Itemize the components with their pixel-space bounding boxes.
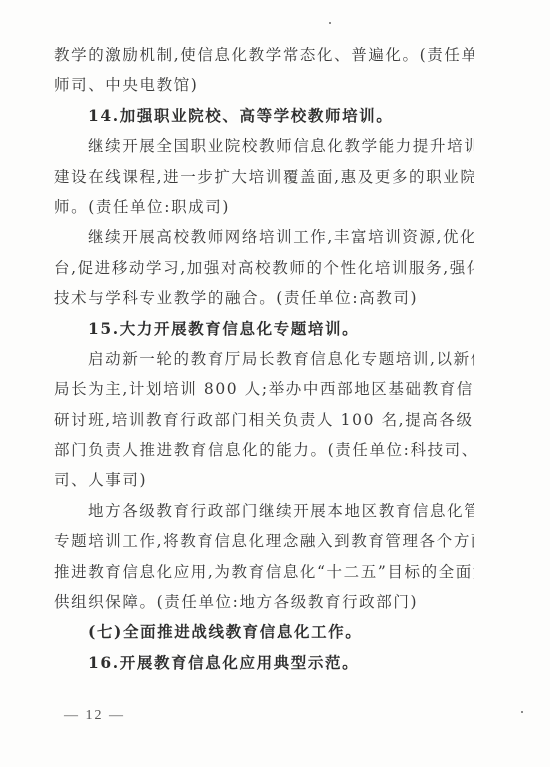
text-line: 建设在线课程,进一步扩大培训覆盖面,惠及更多的职业院校教 bbox=[54, 162, 474, 192]
paragraph-university-training: 继续开展高校教师网络培训工作,丰富培训资源,优化培训平 台,促进移动学习,加强对… bbox=[54, 222, 474, 313]
document-page: 教学的激励机制,使信息化教学常态化、普遍化。(责任单位:教 师司、中央电教馆) … bbox=[0, 0, 550, 767]
text-line: 司、人事司) bbox=[54, 465, 474, 495]
scan-speck bbox=[329, 22, 331, 24]
text-line: 师司、中央电教馆) bbox=[54, 70, 474, 100]
text-line: 专题培训工作,将教育信息化理念融入到教育管理各个方面,深入 bbox=[54, 526, 474, 556]
document-body: 教学的激励机制,使信息化教学常态化、普遍化。(责任单位:教 师司、中央电教馆) … bbox=[54, 40, 474, 678]
scan-speck bbox=[521, 711, 523, 713]
section-heading-7: (七)全面推进战线教育信息化工作。 bbox=[54, 617, 474, 647]
page-number: — 12 — bbox=[64, 708, 125, 724]
text-line: 局长为主,计划培训 800 人;举办中西部地区基础教育信息化专题 bbox=[54, 374, 474, 404]
text-line: 研讨班,培训教育行政部门相关负责人 100 名,提高各级教育行政 bbox=[54, 405, 474, 435]
paragraph-director-training: 启动新一轮的教育厅局长教育信息化专题培训,以新任教育 局长为主,计划培训 800… bbox=[54, 344, 474, 496]
paragraph-continuation: 教学的激励机制,使信息化教学常态化、普遍化。(责任单位:教 师司、中央电教馆) bbox=[54, 40, 474, 101]
heading-text: 15.大力开展教育信息化专题培训。 bbox=[54, 314, 474, 344]
text-line: 地方各级教育行政部门继续开展本地区教育信息化管理干部 bbox=[54, 496, 474, 526]
section-heading-16: 16.开展教育信息化应用典型示范。 bbox=[54, 648, 474, 678]
section-heading-14: 14.加强职业院校、高等学校教师培训。 bbox=[54, 101, 474, 131]
paragraph-local-training: 地方各级教育行政部门继续开展本地区教育信息化管理干部 专题培训工作,将教育信息化… bbox=[54, 496, 474, 618]
text-line: 师。(责任单位:职成司) bbox=[54, 192, 474, 222]
paragraph-vocational-training: 继续开展全国职业院校教师信息化教学能力提升培训,探索 建设在线课程,进一步扩大培… bbox=[54, 131, 474, 222]
text-line: 供组织保障。(责任单位:地方各级教育行政部门) bbox=[54, 587, 474, 617]
section-heading-15: 15.大力开展教育信息化专题培训。 bbox=[54, 314, 474, 344]
text-line: 继续开展全国职业院校教师信息化教学能力提升培训,探索 bbox=[54, 131, 474, 161]
text-line: 部门负责人推进教育信息化的能力。(责任单位:科技司、基础一 bbox=[54, 435, 474, 465]
text-line: 启动新一轮的教育厅局长教育信息化专题培训,以新任教育 bbox=[54, 344, 474, 374]
heading-text: 14.加强职业院校、高等学校教师培训。 bbox=[54, 101, 474, 131]
heading-text: 16.开展教育信息化应用典型示范。 bbox=[54, 648, 474, 678]
heading-text: (七)全面推进战线教育信息化工作。 bbox=[54, 617, 474, 647]
text-line: 继续开展高校教师网络培训工作,丰富培训资源,优化培训平 bbox=[54, 222, 474, 252]
text-line: 推进教育信息化应用,为教育信息化“十二五”目标的全面完成提 bbox=[54, 557, 474, 587]
text-line: 台,促进移动学习,加强对高校教师的个性化培训服务,强化信息 bbox=[54, 253, 474, 283]
text-line: 教学的激励机制,使信息化教学常态化、普遍化。(责任单位:教 bbox=[54, 40, 474, 70]
text-line: 技术与学科专业教学的融合。(责任单位:高教司) bbox=[54, 283, 474, 313]
